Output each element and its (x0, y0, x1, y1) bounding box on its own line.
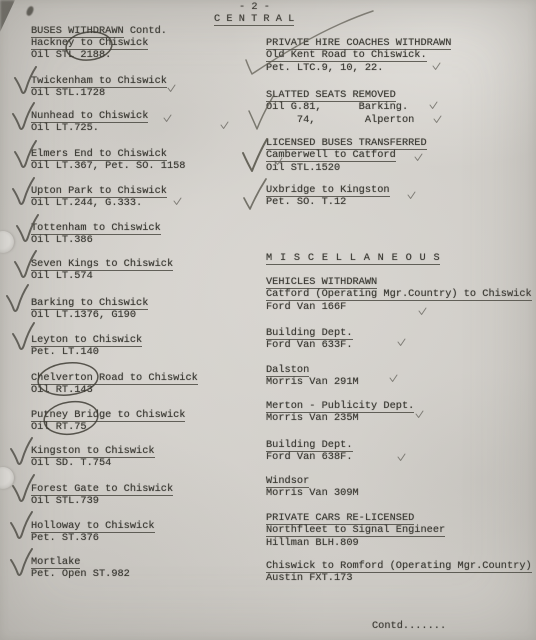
ink-mark (25, 5, 35, 17)
section-heading: SLATTED SEATS REMOVED (266, 89, 414, 101)
vehicle-detail: Oil STL.1728 (31, 87, 167, 99)
punch-hole (0, 231, 14, 253)
list-item: Tottenham to Chiswick Oil LT.386 (31, 222, 161, 246)
route-name: Twickenham to Chiswick (31, 75, 167, 87)
list-item: Chiswick to Romford (Operating Mgr.Count… (266, 560, 532, 585)
list-item: Windsor Morris Van 309M (266, 475, 359, 500)
route-name: Uxbridge to Kingston (266, 184, 390, 196)
list-item: Nunhead to Chiswick Oil LT.725. (31, 110, 148, 134)
vehicles-withdrawn-section: VEHICLES WITHDRAWN Catford (Operating Mg… (266, 276, 532, 313)
vehicle-detail: Oil STL.739 (31, 495, 173, 507)
vehicle-detail: Morris Van 235M (266, 412, 414, 424)
private-cars-relicensed-section: PRIVATE CARS RE-LICENSED Northfleet to S… (266, 512, 445, 549)
vehicle-detail: Oil LT.725. (31, 122, 148, 134)
vehicle-detail: Oil RT.143 (31, 384, 198, 396)
vehicle-detail: Oil RT.75 (31, 421, 185, 433)
page-title: C E N T R A L (214, 13, 294, 25)
route-name: Catford (Operating Mgr.Country) to Chisw… (266, 288, 532, 300)
miscellaneous-heading: M I S C E L L A N E O U S (266, 252, 440, 264)
vehicle-detail: Morris Van 309M (266, 487, 359, 499)
route-name: Forest Gate to Chiswick (31, 483, 173, 495)
vehicle-detail: Oil SD. T.754 (31, 457, 155, 469)
route-name: Nunhead to Chiswick (31, 110, 148, 122)
vehicle-detail: Ford Van 166F (266, 301, 532, 313)
vehicle-detail: Ford Van 633F. (266, 339, 353, 351)
section-heading: PRIVATE HIRE COACHES WITHDRAWN (266, 37, 451, 49)
scan-corner-smudge (0, 0, 15, 32)
vehicle-detail: Morris Van 291M (266, 376, 359, 388)
vehicle-detail: Austin FXT.173 (266, 572, 532, 584)
list-item: Kingston to Chiswick Oil SD. T.754 (31, 445, 155, 469)
vehicle-detail: Oil LT.367, Pet. SO. 1158 (31, 160, 185, 172)
section-heading: LICENSED BUSES TRANSFERRED (266, 137, 427, 149)
vehicle-detail: Oil STL.1520 (266, 162, 427, 174)
vehicle-detail: Pet. Open ST.982 (31, 568, 130, 580)
route-name: Chelverton Road to Chiswick (31, 372, 198, 384)
vehicle-detail: Oil G.81, Barking. (266, 101, 414, 113)
route-name: Old Kent Road to Chiswick. (266, 49, 451, 61)
list-item: Forest Gate to Chiswick Oil STL.739 (31, 483, 173, 507)
route-name: Chiswick to Romford (Operating Mgr.Count… (266, 560, 532, 572)
route-name: Northfleet to Signal Engineer (266, 524, 445, 536)
route-name: Kingston to Chiswick (31, 445, 155, 457)
section-heading: BUSES WITHDRAWN Contd. (31, 25, 167, 37)
list-item: Uxbridge to Kingston Pet. SO. T.12 (266, 184, 390, 209)
route-name: Merton - Publicity Dept. (266, 400, 414, 412)
section-heading: M I S C E L L A N E O U S (266, 252, 440, 264)
list-item: Chelverton Road to Chiswick Oil RT.143 (31, 372, 198, 396)
licensed-buses-section: LICENSED BUSES TRANSFERRED Camberwell to… (266, 137, 427, 174)
vehicle-detail: Pet. ST.376 (31, 532, 155, 544)
vehicle-detail: Pet. LT.140 (31, 346, 142, 358)
route-name: Tottenham to Chiswick (31, 222, 161, 234)
punch-hole (0, 467, 14, 489)
slatted-seats-section: SLATTED SEATS REMOVED Oil G.81, Barking.… (266, 89, 414, 126)
route-name: Putney Bridge to Chiswick (31, 409, 185, 421)
vehicle-detail: Ford Van 638F. (266, 451, 353, 463)
private-hire-coaches-section: PRIVATE HIRE COACHES WITHDRAWN Old Kent … (266, 37, 451, 74)
route-name: Seven Kings to Chiswick (31, 258, 173, 270)
list-item: Twickenham to Chiswick Oil STL.1728 (31, 75, 167, 99)
list-item: Dalston Morris Van 291M (266, 364, 359, 389)
route-name: Barking to Chiswick (31, 297, 148, 309)
route-name: Building Dept. (266, 327, 353, 339)
buses-withdrawn-section: BUSES WITHDRAWN Contd. Hackney to Chiswi… (31, 25, 167, 62)
vehicle-detail: 74, Alperton (266, 114, 414, 126)
vehicle-detail: Oil LT.1376, G190 (31, 309, 148, 321)
list-item: Elmers End to Chiswick Oil LT.367, Pet. … (31, 148, 185, 172)
page-number: - 2 - (239, 1, 270, 13)
list-item: Leyton to Chiswick Pet. LT.140 (31, 334, 142, 358)
route-name: Dalston (266, 364, 359, 376)
vehicle-detail: Hillman BLH.809 (266, 537, 445, 549)
list-item: Seven Kings to Chiswick Oil LT.574 (31, 258, 173, 282)
vehicle-detail: Oil LT.386 (31, 234, 161, 246)
list-item: Putney Bridge to Chiswick Oil RT.75 (31, 409, 185, 433)
route-name: Camberwell to Catford (266, 149, 427, 161)
list-item: Building Dept. Ford Van 633F. (266, 327, 353, 352)
route-name: Building Dept. (266, 439, 353, 451)
vehicle-detail: Oil STL 2188. (31, 49, 167, 61)
route-name: Hackney to Chiswick (31, 37, 167, 49)
list-item: Barking to Chiswick Oil LT.1376, G190 (31, 297, 148, 321)
route-name: Windsor (266, 475, 359, 487)
route-name: Mortlake (31, 556, 130, 568)
section-heading: VEHICLES WITHDRAWN (266, 276, 532, 288)
vehicle-detail: Oil LT.244, G.333. (31, 197, 167, 209)
route-name: Leyton to Chiswick (31, 334, 142, 346)
section-heading: PRIVATE CARS RE-LICENSED (266, 512, 445, 524)
continuation-note: Contd....... (372, 620, 446, 632)
list-item: Merton - Publicity Dept. Morris Van 235M (266, 400, 414, 425)
list-item: Upton Park to Chiswick Oil LT.244, G.333… (31, 185, 167, 209)
route-name: Holloway to Chiswick (31, 520, 155, 532)
route-name: Elmers End to Chiswick (31, 148, 185, 160)
vehicle-detail: Pet. SO. T.12 (266, 196, 390, 208)
vehicle-detail: Pet. LTC.9, 10, 22. (266, 62, 451, 74)
vehicle-detail: Oil LT.574 (31, 270, 173, 282)
list-item: Building Dept. Ford Van 638F. (266, 439, 353, 464)
route-name: Upton Park to Chiswick (31, 185, 167, 197)
list-item: Mortlake Pet. Open ST.982 (31, 556, 130, 580)
list-item: Holloway to Chiswick Pet. ST.376 (31, 520, 155, 544)
document-page: - 2 - C E N T R A L BUSES WITHDRAWN Cont… (0, 0, 536, 640)
